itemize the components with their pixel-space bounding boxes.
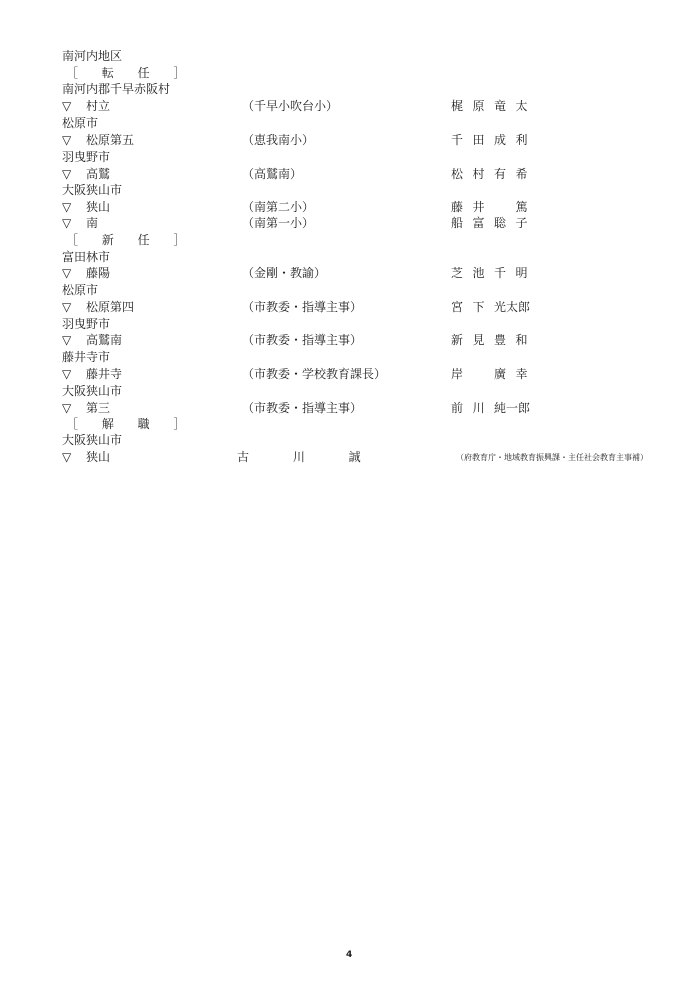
school-name: 村立 <box>86 98 110 114</box>
school-name: 第三 <box>86 400 110 416</box>
municipality-label: 松原市 <box>62 115 98 131</box>
previous-post: （千早小吹台小） <box>242 98 338 114</box>
person-name: 岸廣幸 <box>451 366 537 382</box>
triangle-marker-icon: ▽ <box>62 400 71 416</box>
triangle-marker-icon: ▽ <box>62 199 71 215</box>
school-name: 高鷲 <box>86 166 110 182</box>
municipality-label: 南河内郡千早赤阪村 <box>62 81 170 97</box>
previous-post: （金剛・教諭） <box>242 265 326 281</box>
person-name: 松村有希 <box>451 166 537 182</box>
section-heading-dismissal: ［ 解 職 ］ <box>62 416 195 432</box>
school-name: 高鷲南 <box>86 332 122 348</box>
previous-post: （市教委・指導主事） <box>242 400 362 416</box>
triangle-marker-icon: ▽ <box>62 449 71 465</box>
school-name: 南 <box>86 215 98 231</box>
previous-post: （市教委・学校教育課長） <box>242 366 386 382</box>
municipality-label: 松原市 <box>62 282 98 298</box>
triangle-marker-icon: ▽ <box>62 166 71 182</box>
person-name: 千田成利 <box>451 132 537 148</box>
district-title: 南河内地区 <box>62 48 122 64</box>
municipality-label: 藤井寺市 <box>62 349 110 365</box>
previous-post: （南第二小） <box>242 199 314 215</box>
municipality-label: 大阪狭山市 <box>62 182 122 198</box>
new-post: （府教育庁・地域教育振興課・主任社会教育主事補） <box>456 450 648 466</box>
school-name: 狭山 <box>86 449 110 465</box>
school-name: 藤陽 <box>86 265 110 281</box>
municipality-label: 大阪狭山市 <box>62 383 122 399</box>
triangle-marker-icon: ▽ <box>62 332 71 348</box>
person-name: 船富聡子 <box>451 215 537 231</box>
school-name: 松原第五 <box>86 132 134 148</box>
previous-post: （南第一小） <box>242 215 314 231</box>
previous-post: （恵我南小） <box>242 132 314 148</box>
triangle-marker-icon: ▽ <box>62 132 71 148</box>
section-heading-new-appointment: ［ 新 任 ］ <box>62 232 195 248</box>
section-heading-transfer: ［ 転 任 ］ <box>62 65 195 81</box>
person-name: 古 川 誠 <box>237 449 381 465</box>
triangle-marker-icon: ▽ <box>62 215 71 231</box>
previous-post: （高鷲南） <box>242 166 302 182</box>
municipality-label: 羽曳野市 <box>62 316 110 332</box>
person-name: 芝池千明 <box>451 265 537 281</box>
person-name: 梶原竜太 <box>451 98 537 114</box>
school-name: 松原第四 <box>86 299 134 315</box>
school-name: 狭山 <box>86 199 110 215</box>
triangle-marker-icon: ▽ <box>62 98 71 114</box>
person-name: 前川純一郎 <box>451 400 537 416</box>
municipality-label: 大阪狭山市 <box>62 432 122 448</box>
triangle-marker-icon: ▽ <box>62 299 71 315</box>
person-name: 新見豊和 <box>451 332 537 348</box>
municipality-label: 富田林市 <box>62 249 110 265</box>
person-name: 宮下光太郎 <box>451 299 537 315</box>
document-page: 南河内地区 ［ 転 任 ］ 南河内郡千早赤阪村 ▽ 村立 （千早小吹台小） 梶原… <box>0 0 700 990</box>
previous-post: （市教委・指導主事） <box>242 299 362 315</box>
person-name: 藤井篤 <box>451 199 537 215</box>
triangle-marker-icon: ▽ <box>62 265 71 281</box>
triangle-marker-icon: ▽ <box>62 366 71 382</box>
previous-post: （市教委・指導主事） <box>242 332 362 348</box>
school-name: 藤井寺 <box>86 366 122 382</box>
municipality-label: 羽曳野市 <box>62 149 110 165</box>
page-number: 4 <box>346 950 352 960</box>
